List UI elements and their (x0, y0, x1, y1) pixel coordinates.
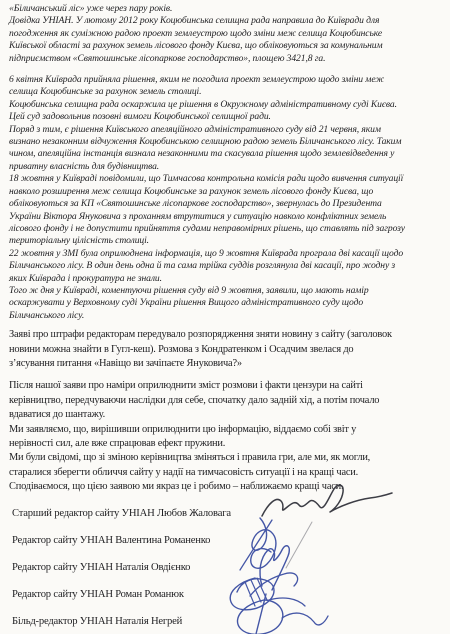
signatory-label: Редактор сайту УНІАН Наталія Овдієнко (12, 562, 190, 573)
signatory-label: Старший редактор сайту УНІАН Любов Жалов… (12, 508, 231, 519)
body-paragraph: 18 жовтня у Київраді повідомили, що Тимч… (9, 173, 445, 247)
signatory-row: Більд-редактор УНІАН Наталія Негрей (12, 608, 442, 634)
scanned-document-page: «Біличанський ліс» уже через пару років.… (0, 0, 450, 634)
signatory-row: Редактор сайту УНІАН Роман Романюк (12, 581, 442, 608)
body-paragraph: 22 жовтня у ЗМІ була оприлюднена інформа… (9, 248, 445, 285)
signatory-label: Більд-редактор УНІАН Наталія Негрей (12, 616, 182, 627)
body-paragraph: Ми були свідомі, що зі зміною керівництв… (9, 451, 445, 480)
body-paragraph: Коцюбинська селищна рада оскаржила це рі… (9, 99, 445, 124)
body-paragraph: Ми заявляємо, що, вирішивши оприлюднити … (9, 423, 445, 452)
body-paragraph: Після нашої заяви про наміри оприлюднити… (9, 379, 445, 422)
signatories-block: Старший редактор сайту УНІАН Любов Жалов… (12, 500, 442, 634)
body-paragraph: 6 квітня Київрада прийняла рішення, яким… (9, 74, 445, 99)
signatory-row: Редактор сайту УНІАН Наталія Овдієнко (12, 554, 442, 581)
signatory-label: Редактор сайту УНІАН Роман Романюк (12, 589, 184, 600)
body-paragraph: Заяві про штрафи редакторам передувало р… (9, 328, 445, 371)
signatory-label: Редактор сайту УНІАН Валентина Романенко (12, 535, 210, 546)
body-paragraph: Того ж дня у Київраді, коментуючи рішенн… (9, 285, 445, 322)
body-paragraph: Сподіваємося, що цією заявою ми якраз це… (9, 480, 445, 494)
body-paragraph: «Біличанський ліс» уже через пару років. (9, 3, 445, 15)
body-paragraph: Поряд з тим, є рішення Київського апеляц… (9, 124, 445, 174)
signatory-row: Старший редактор сайту УНІАН Любов Жалов… (12, 500, 442, 527)
signatory-row: Редактор сайту УНІАН Валентина Романенко (12, 527, 442, 554)
body-paragraph: Довідка УНІАН. У лютому 2012 року Коцюби… (9, 15, 445, 65)
document-body: «Біличанський ліс» уже через пару років.… (9, 3, 445, 495)
